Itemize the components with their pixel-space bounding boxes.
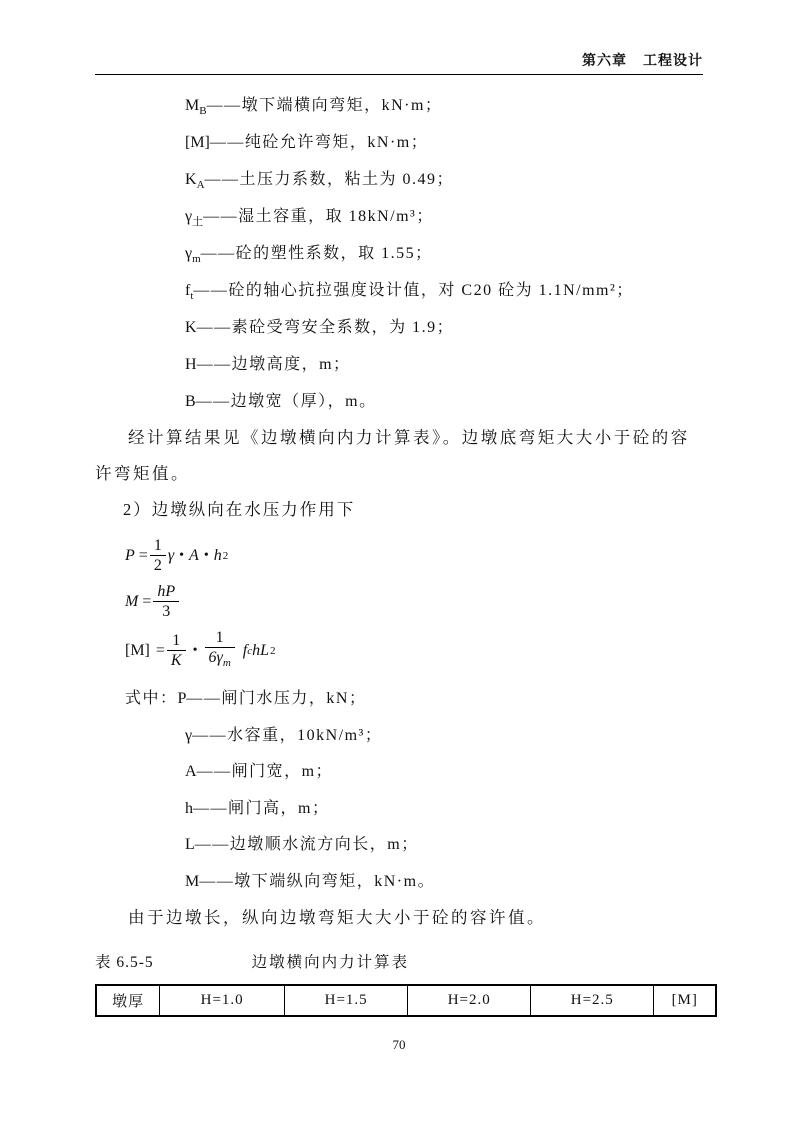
gamma-symbol: γ (168, 547, 174, 565)
definition-line-m-allow: [M]——纯砼允许弯矩，kN·m； (185, 124, 703, 161)
fraction: hP3 (153, 583, 179, 620)
definition-text: ——纯砼允许弯矩，kN·m； (210, 134, 428, 151)
denominator-subscript: m (223, 657, 231, 669)
symbol: H (185, 356, 197, 373)
hl-symbols: hL (252, 642, 269, 660)
formula-lhs: M (125, 593, 138, 611)
numerator: 1 (150, 537, 166, 556)
where-line-h: h——闸门高，m； (95, 791, 703, 828)
table-header-row: 墩厚 H=1.0 H=1.5 H=2.0 H=2.5 [M] (96, 985, 716, 1016)
symbol-subscript: m (192, 253, 201, 265)
definition-line-k: K——素砼受弯安全系数，为 1.9； (185, 309, 703, 346)
equals-sign: = (139, 547, 148, 565)
definition-text: ——边墩高度，m； (197, 356, 351, 373)
symbol: A (185, 763, 197, 780)
table-caption: 表 6.5-5 边墩横向内力计算表 (95, 948, 703, 974)
symbol: B (185, 393, 196, 410)
definition-text: ——砼的轴心抗拉强度设计值，对 C20 砼为 1.1N/mm²； (193, 282, 633, 299)
where-line-p: 式中：P——闸门水压力，kN； (125, 681, 703, 718)
definition-line-ft: ft——砼的轴心抗拉强度设计值，对 C20 砼为 1.1N/mm²； (185, 272, 703, 309)
fraction: 12 (150, 537, 166, 574)
subsection-heading-2: 2）边墩纵向在水压力作用下 (123, 492, 703, 528)
symbol: L (185, 836, 195, 853)
definition-line-ka: KA——土压力系数，粘土为 0.49； (185, 161, 703, 198)
symbol-subscript: 土 (192, 216, 203, 228)
denominator-text: 6γ (209, 649, 223, 666)
where-line-a: A——闸门宽，m； (95, 754, 703, 791)
numerator: 1 (167, 632, 186, 651)
definition-line-b: B——边墩宽（厚），m。 (185, 383, 703, 420)
definition-list-longitudinal: 式中：P——闸门水压力，kN； γ——水容重，10kN/m³； A——闸门宽，m… (95, 681, 703, 900)
symbol: [M] (185, 134, 210, 151)
exponent: 2 (270, 645, 276, 657)
equals-sign: = (142, 593, 151, 611)
definition-text: ——墩下端横向弯矩，kN·m； (207, 97, 443, 114)
definition-text: ——边墩顺水流方向长，m； (195, 836, 419, 853)
definition-line-h: H——边墩高度，m； (185, 346, 703, 383)
document-page: 第六章工程设计 MB——墩下端横向弯矩，kN·m； [M]——纯砼允许弯矩，kN… (0, 0, 793, 1053)
fraction: 16γm (205, 629, 235, 672)
header-cell-h15: H=1.5 (284, 985, 407, 1016)
where-line-m: M——墩下端纵向弯矩，kN·m。 (95, 864, 703, 901)
paragraph-conclusion: 由于边墩长，纵向边墩弯矩大大小于砼的容许值。 (95, 900, 703, 936)
definition-text: ——湿土容重，取 18kN/m³； (203, 208, 434, 225)
denominator: 6γm (205, 648, 235, 672)
symbol: M (185, 873, 199, 890)
exponent: 2 (223, 550, 229, 562)
numerator: 1 (205, 629, 235, 648)
header-divider (95, 74, 703, 75)
denominator: K (167, 651, 186, 669)
definition-text: ——墩下端纵向弯矩，kN·m。 (199, 873, 435, 890)
equals-sign: = (156, 642, 165, 660)
header-cell-h20: H=2.0 (408, 985, 531, 1016)
header-cell-h25: H=2.5 (531, 985, 654, 1016)
symbol-subscript: B (199, 105, 206, 117)
formula-allowable-moment: [M]=1K•16γmfchL2 (125, 629, 703, 672)
h-symbol: h (214, 547, 222, 565)
multiplication-dot: • (179, 548, 184, 564)
where-line-l: L——边墩顺水流方向长，m； (95, 827, 703, 864)
definition-text: ——边墩宽（厚），m。 (196, 393, 377, 410)
multiplication-dot: • (204, 548, 209, 564)
definition-text: ——水容重，10kN/m³； (192, 727, 382, 744)
page-number: 70 (95, 1037, 703, 1053)
numerator: hP (153, 583, 179, 602)
chapter-label: 第六章 (582, 52, 627, 68)
running-header: 第六章工程设计 (95, 50, 703, 74)
where-line-gamma: γ——水容重，10kN/m³； (95, 718, 703, 755)
paragraph-calculation-result: 经计算结果见《边墩横向内力计算表》。边墩底弯矩大大小于砼的容许弯矩值。 (95, 420, 703, 492)
definition-line-gamma-soil: γ土——湿土容重，取 18kN/m³； (185, 198, 703, 235)
where-label: 式中： (125, 690, 178, 707)
table-title: 边墩横向内力计算表 (252, 950, 410, 972)
definition-text: ——闸门高，m； (193, 800, 329, 817)
header-cell-pier-thickness: 墩厚 (96, 985, 160, 1016)
symbol-subscript: A (197, 179, 205, 191)
definition-text: ——闸门水压力，kN； (186, 690, 366, 707)
header-cell-m-allow: [M] (654, 985, 716, 1016)
symbol: K (185, 171, 197, 188)
multiplication-dot: • (193, 643, 198, 659)
definition-text: ——砼的塑性系数，取 1.55； (201, 245, 433, 262)
definition-line-mb: MB——墩下端横向弯矩，kN·m； (185, 87, 703, 124)
section-label: 工程设计 (643, 52, 703, 68)
symbol: K (185, 319, 197, 336)
denominator: 2 (150, 556, 166, 574)
definition-text: ——闸门宽，m； (197, 763, 333, 780)
fraction: 1K (167, 632, 186, 669)
a-symbol: A (189, 547, 199, 565)
symbol: M (185, 97, 199, 114)
table-label: 表 6.5-5 (95, 950, 154, 972)
formula-moment: M =hP3 (125, 583, 703, 620)
denominator: 3 (153, 602, 179, 620)
definition-line-gamma-m: γm——砼的塑性系数，取 1.55； (185, 235, 703, 272)
header-cell-h10: H=1.0 (160, 985, 285, 1016)
symbol: h (185, 800, 193, 817)
definition-text: ——土压力系数，粘土为 0.49； (205, 171, 455, 188)
formula-lhs: [M] (125, 642, 150, 660)
formula-lhs: P (125, 547, 135, 565)
formula-water-pressure: P =12γ•A•h2 (125, 537, 703, 574)
definition-list-transverse: MB——墩下端横向弯矩，kN·m； [M]——纯砼允许弯矩，kN·m； KA——… (95, 87, 703, 420)
pier-moment-table: 墩厚 H=1.0 H=1.5 H=2.0 H=2.5 [M] (95, 984, 717, 1017)
definition-text: ——素砼受弯安全系数，为 1.9； (197, 319, 455, 336)
